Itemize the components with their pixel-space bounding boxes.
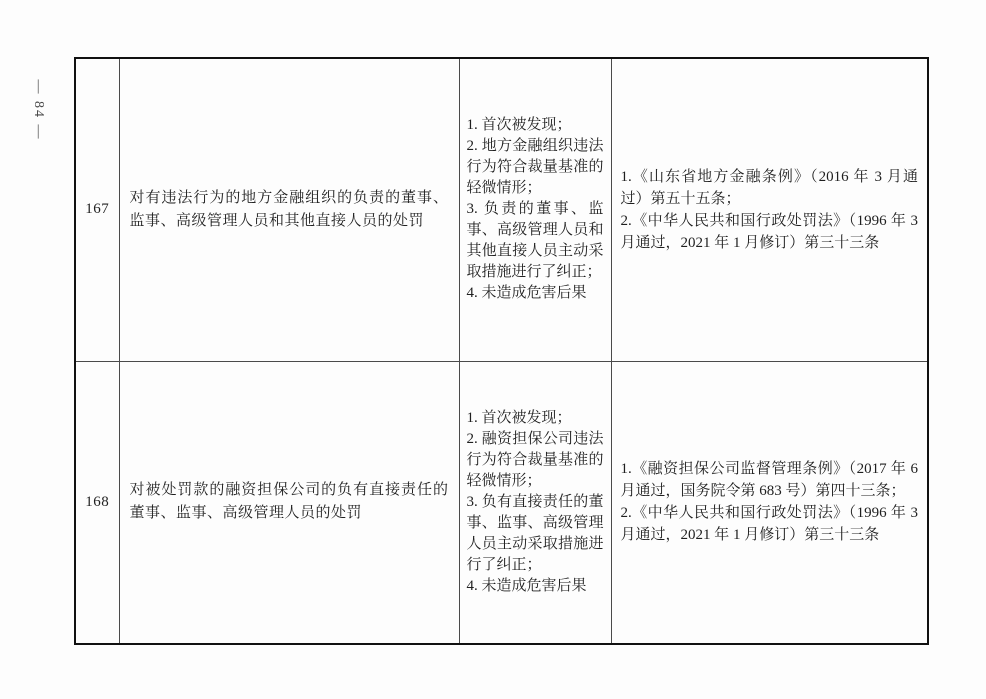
penalty-item-cell: 对被处罚款的融资担保公司的负有直接责任的董事、监事、高级管理人员的处罚 xyxy=(119,361,459,644)
condition-line: 2. 地方金融组织违法行为符合裁量基准的轻微情形； xyxy=(467,136,604,199)
legal-basis-cell: 1.《融资担保公司监督管理条例》（2017 年 6 月通过，国务院令第 683 … xyxy=(611,361,928,644)
table-row: 167 对有违法行为的地方金融组织的负责的董事、监事、高级管理人员和其他直接人员… xyxy=(75,58,928,361)
condition-line: 3. 负有直接责任的董事、监事、高级管理人员主动采取措施进行了纠正； xyxy=(467,492,604,576)
conditions-cell: 1. 首次被发现； 2. 地方金融组织违法行为符合裁量基准的轻微情形； 3. 负… xyxy=(459,58,611,361)
condition-line: 1. 首次被发现； xyxy=(467,408,604,429)
condition-line: 4. 未造成危害后果 xyxy=(467,576,604,597)
conditions-cell: 1. 首次被发现； 2. 融资担保公司违法行为符合裁量基准的轻微情形； 3. 负… xyxy=(459,361,611,644)
condition-line: 2. 融资担保公司违法行为符合裁量基准的轻微情形； xyxy=(467,429,604,492)
basis-line: 1.《山东省地方金融条例》（2016 年 3 月通过）第五十五条； xyxy=(621,166,919,210)
row-number-cell: 168 xyxy=(75,361,119,644)
row-number-cell: 167 xyxy=(75,58,119,361)
legal-basis-cell: 1.《山东省地方金融条例》（2016 年 3 月通过）第五十五条； 2.《中华人… xyxy=(611,58,928,361)
penalty-discretion-table: 167 对有违法行为的地方金融组织的负责的董事、监事、高级管理人员和其他直接人员… xyxy=(74,57,929,645)
basis-line: 1.《融资担保公司监督管理条例》（2017 年 6 月通过，国务院令第 683 … xyxy=(621,458,919,502)
condition-line: 1. 首次被发现； xyxy=(467,115,604,136)
penalty-item-cell: 对有违法行为的地方金融组织的负责的董事、监事、高级管理人员和其他直接人员的处罚 xyxy=(119,58,459,361)
condition-line: 4. 未造成危害后果 xyxy=(467,283,604,304)
page-number: — 84 — xyxy=(29,58,47,162)
basis-line: 2.《中华人民共和国行政处罚法》（1996 年 3 月通过，2021 年 1 月… xyxy=(621,502,919,546)
condition-line: 3. 负责的董事、监事、高级管理人员和其他直接人员主动采取措施进行了纠正； xyxy=(467,199,604,283)
basis-line: 2.《中华人民共和国行政处罚法》（1996 年 3 月通过，2021 年 1 月… xyxy=(621,210,919,254)
table-row: 168 对被处罚款的融资担保公司的负有直接责任的董事、监事、高级管理人员的处罚 … xyxy=(75,361,928,644)
